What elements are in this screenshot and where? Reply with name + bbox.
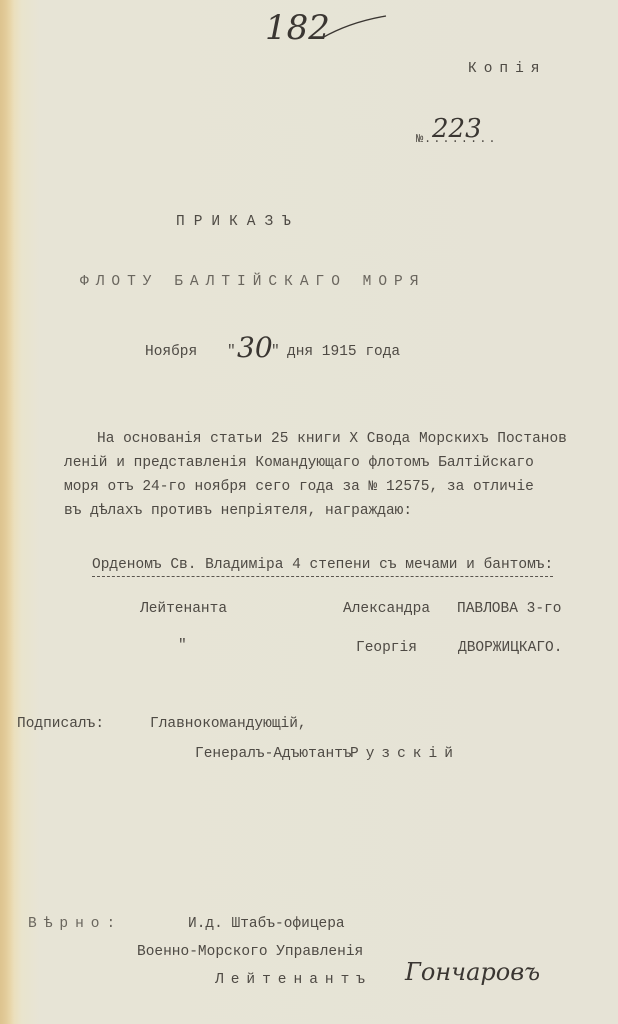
number-prefix: № <box>416 130 423 148</box>
document-page: 182 Копія № 223 ........ ПРИКАЗЪ ФЛОТУ Б… <box>0 0 618 1024</box>
body-line-3: моря отъ 24-го ноября сего года за № 125… <box>64 478 534 496</box>
number-dots: ........ <box>424 130 498 148</box>
recipient-surname: ДВОРЖИЦКАГО. <box>458 639 562 657</box>
order-subtitle: ФЛОТУ БАЛТІЙСКАГО МОРЯ <box>80 273 425 291</box>
date-day-handwritten: 30 <box>237 331 273 364</box>
body-line-2: леній и представленія Командующаго флото… <box>64 454 534 472</box>
signed-label: Подписалъ: <box>17 715 104 733</box>
date-quote-close: " <box>271 343 280 361</box>
certified-line-2: Военно-Морского Управленія <box>137 943 363 961</box>
signed-title: Главнокомандующій, <box>150 715 307 733</box>
order-title: ПРИКАЗЪ <box>176 213 300 231</box>
recipient-rank: Лейтенанта <box>140 600 227 618</box>
recipient-first-name: Георгія <box>356 639 417 657</box>
award-line: Орденомъ Св. Владиміра 4 степени съ меча… <box>92 556 553 577</box>
signed-name: Рузскій <box>350 745 460 763</box>
paper-edge <box>0 0 14 1024</box>
date-quote-open: " <box>227 343 236 361</box>
recipient-rank: " <box>178 637 187 655</box>
signed-rank: Генералъ-Адъютантъ <box>195 745 352 763</box>
body-line-1: На основанія статьи 25 книги X Свода Мор… <box>97 430 567 448</box>
certified-signature: Гончаровъ <box>405 958 540 986</box>
certified-label: Вѣрно: <box>28 915 122 933</box>
date-suffix: дня 1915 года <box>287 343 400 361</box>
recipient-first-name: Александра <box>343 600 430 618</box>
recipient-surname: ПАВЛОВА 3-го <box>457 600 561 618</box>
flourish-icon <box>320 12 390 42</box>
certified-line-1: И.д. Штабъ-офицера <box>188 915 345 933</box>
date-month: Ноября <box>145 343 197 361</box>
certified-rank: Лейтенантъ <box>215 971 372 989</box>
copy-label: Копія <box>468 60 547 78</box>
body-line-4: въ дѣлахъ противъ непріятеля, награждаю: <box>64 502 412 520</box>
